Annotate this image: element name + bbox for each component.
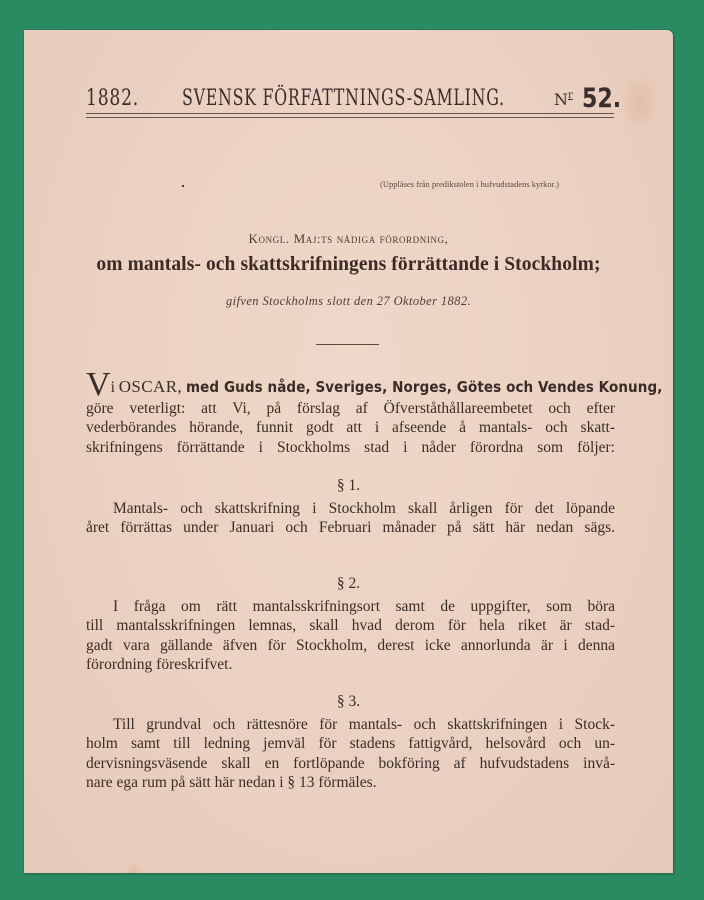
header-year: 1882. — [86, 86, 139, 111]
initial-continuation: i — [111, 379, 115, 396]
title-separator-rule — [316, 344, 379, 345]
section-2-text: I fråga om rätt mantalsskrifningsort sam… — [86, 597, 615, 675]
section-line: till mantalsskrifningen lemnas, skall hv… — [86, 616, 615, 635]
header-number-label: Nr — [554, 90, 573, 109]
royal-style: med Guds nåde, Sveriges, Norges, Götes o… — [186, 378, 663, 396]
header-double-rule — [86, 113, 614, 118]
preamble-line: göre veterligt: att Vi, på förslag af Öf… — [86, 399, 615, 418]
preamble-line: skrifningens förrättande i Stockholms st… — [86, 438, 615, 457]
section-line: I fråga om rätt mantalsskrifningsort sam… — [86, 597, 615, 616]
section-line: dervisningsväsende skall en fortlöpande … — [86, 754, 615, 773]
document-page: 1882. SVENSK FÖRFATTNINGS-SAMLING. Nr 52… — [24, 30, 673, 873]
preamble: Vi OSCAR, med Guds nåde, Sveriges, Norge… — [86, 375, 615, 457]
section-line: Mantals- och skattskrifning i Stockholm … — [86, 499, 615, 518]
section-line: året förrättas under Januari och Februar… — [86, 518, 615, 537]
ordinance-kicker: Kongl. Maj:ts nådiga förordning, — [24, 231, 673, 247]
section-2-mark: § 2. — [24, 575, 673, 593]
monarch-name: OSCAR, — [119, 377, 182, 396]
section-line: förordning föreskrifvet. — [86, 655, 615, 674]
section-3-mark: § 3. — [24, 693, 673, 711]
section-3-text: Till grundval och rättesnöre för mantals… — [86, 715, 615, 793]
reading-note: (Uppläses från predikstolen i hufvudstad… — [380, 179, 559, 189]
section-1-mark: § 1. — [24, 477, 673, 495]
section-line: gadt vara gällande äfven för Stockholm, … — [86, 636, 615, 655]
number-label-sup: r — [568, 90, 573, 101]
ink-speck — [182, 185, 184, 187]
number-label-letter: N — [554, 90, 568, 109]
ordinance-title: om mantals- och skattskrifningens förrät… — [24, 254, 673, 276]
header-title: SVENSK FÖRFATTNINGS-SAMLING. — [182, 86, 505, 111]
ordinance-date: gifven Stockholms slott den 27 Oktober 1… — [24, 294, 673, 309]
section-line: holm samt till ledning jemväl för staden… — [86, 734, 615, 753]
drop-initial: V — [86, 366, 111, 403]
section-line: nare ega rum på sätt här nedan i § 13 fö… — [86, 773, 615, 792]
section-1-text: Mantals- och skattskrifning i Stockholm … — [86, 499, 615, 538]
page-header: 1882. SVENSK FÖRFATTNINGS-SAMLING. Nr 52… — [86, 82, 614, 114]
section-line: Till grundval och rättesnöre för mantals… — [86, 715, 615, 734]
header-number: 52. — [582, 83, 621, 114]
preamble-first-line: Vi OSCAR, med Guds nåde, Sveriges, Norge… — [86, 375, 615, 399]
preamble-line: vederbörandes hörande, funnit godt att i… — [86, 418, 615, 437]
